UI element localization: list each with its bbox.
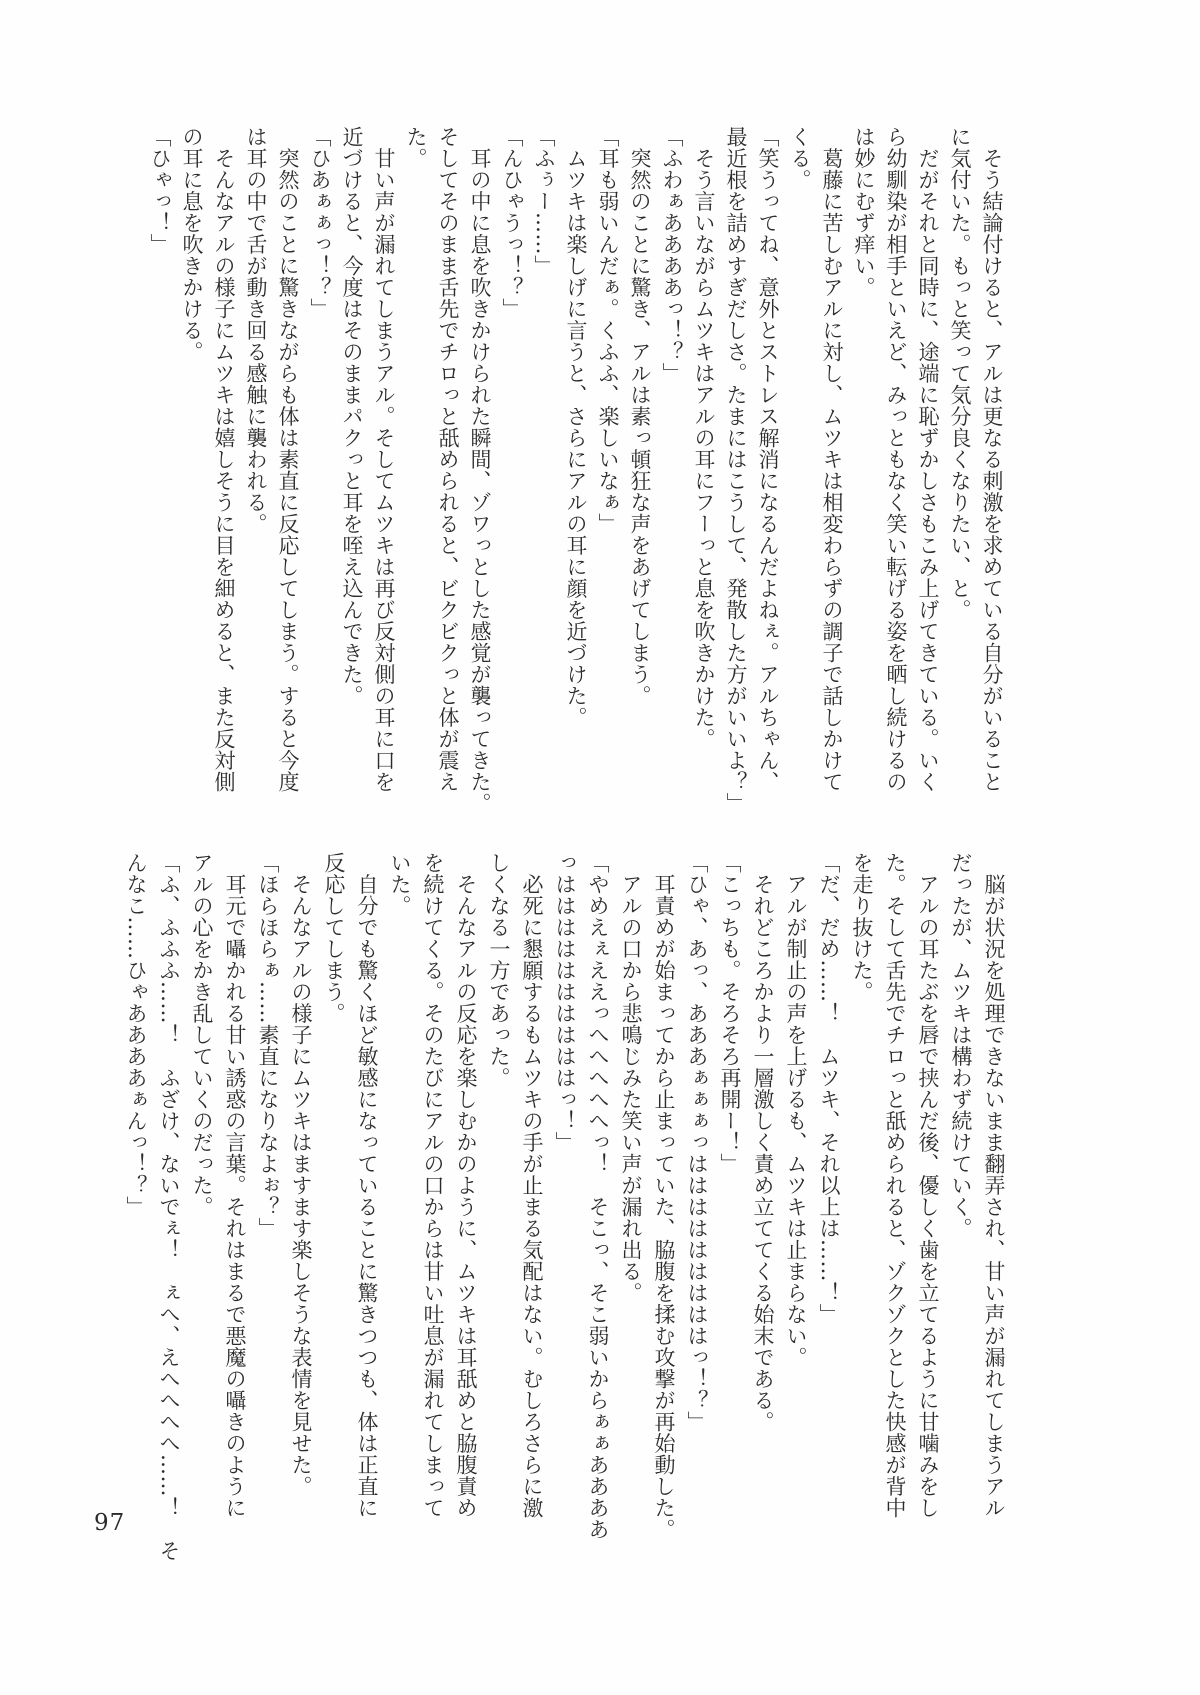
text-line: は耳の中で舌が動き回る感触に襲われる。 xyxy=(240,126,272,832)
text-line: だったが、ムツキは構わず続けていく。 xyxy=(944,852,977,1558)
text-line: の耳に息を吹きかける。 xyxy=(176,126,208,832)
text-line: 甘い声が漏れてしまうアル。そしてムツキは再び反対側の耳に口を xyxy=(368,126,400,832)
text-line: 反応してしまう。 xyxy=(317,852,350,1558)
text-line: 「こっちも。そろそろ再開ー！」 xyxy=(713,852,746,1558)
text-line: くる。 xyxy=(784,126,816,832)
text-line: そう言いながらムツキはアルの耳にフーっと息を吹きかけた。 xyxy=(688,126,720,832)
text-line: 脳が状況を処理できないまま翻弄され、甘い声が漏れてしまうアル xyxy=(977,852,1010,1558)
text-line: アルの心をかき乱していくのだった。 xyxy=(185,852,218,1558)
text-line: に気付いた。もっと笑って気分良くなりたい、と。 xyxy=(944,126,976,832)
text-line: それどころかより一層激しく責め立ててくる始末である。 xyxy=(746,852,779,1558)
text-line: そんなアルの様子にムツキはますます楽しそうな表情を見せた。 xyxy=(284,852,317,1558)
text-line: アルの耳たぶを唇で挟んだ後、優しく歯を立てるように甘噛みをし xyxy=(911,852,944,1558)
text-line: そう結論付けると、アルは更なる刺激を求めている自分がいること xyxy=(976,126,1008,832)
text-line: 自分でも驚くほど敏感になっていることに驚きつつも、体は正直に xyxy=(350,852,383,1558)
text-line: いた。 xyxy=(383,852,416,1558)
text-line: アルの口から悲鳴じみた笑い声が漏れ出る。 xyxy=(614,852,647,1558)
text-line: だがそれと同時に、途端に恥ずかしさもこみ上げてきている。いく xyxy=(912,126,944,832)
text-line: 「やめえぇええっへへへへへっ！ そこっ、そこ弱いからぁぁああああ xyxy=(581,852,614,1558)
text-block-top: そう結論付けると、アルは更なる刺激を求めている自分がいることに気付いた。もっと笑… xyxy=(144,126,1008,832)
text-line: 近づけると、今度はそのままパクっと耳を咥え込んできた。 xyxy=(336,126,368,832)
text-line: 「笑うってね、意外とストレス解消になるんだよねぇ。アルちゃん、 xyxy=(752,126,784,832)
text-line: 「ふぅー……」 xyxy=(528,126,560,832)
text-line: そんなアルの様子にムツキは嬉しそうに目を細めると、また反対側 xyxy=(208,126,240,832)
text-line: 「ふわぁああああっ！？」 xyxy=(656,126,688,832)
text-line: 「ひゃっ！」 xyxy=(144,126,176,832)
text-line: んなこ……ひゃああああぁんっ！？」 xyxy=(119,852,152,1558)
text-line: そんなアルの反応を楽しむかのように、ムツキは耳舐めと脇腹責め xyxy=(449,852,482,1558)
text-line: 「ひゃ、あっ、あああぁぁぁっはははははははははっ！？」 xyxy=(680,852,713,1558)
text-line: 最近根を詰めすぎだしさ。たまにはこうして、発散した方がいいよ？」 xyxy=(720,126,752,832)
text-line: 突然のことに驚き、アルは素っ頓狂な声をあげてしまう。 xyxy=(624,126,656,832)
text-line: アルが制止の声を上げるも、ムツキは止まらない。 xyxy=(779,852,812,1558)
text-block-bottom: 脳が状況を処理できないまま翻弄され、甘い声が漏れてしまうアルだったが、ムツキは構… xyxy=(119,852,1010,1558)
scanned-novel-page: そう結論付けると、アルは更なる刺激を求めている自分がいることに気付いた。もっと笑… xyxy=(0,0,1200,1695)
text-line: 「ふ、ふふふ……！ ふざけ、ないでぇ！ ぇへ、えへへへへ……！ そ xyxy=(152,852,185,1558)
text-line: 「耳も弱いんだぁ。くふふ、楽しいなぁ」 xyxy=(592,126,624,832)
text-line: た。 xyxy=(400,126,432,832)
text-line: 「ひあぁぁっ！？」 xyxy=(304,126,336,832)
text-line: は妙にむず痒い。 xyxy=(848,126,880,832)
page-number: 97 xyxy=(94,1510,125,1536)
text-line: 「ほらほらぁ……素直になりなよぉ？」 xyxy=(251,852,284,1558)
text-line: 突然のことに驚きながらも体は素直に反応してしまう。すると今度 xyxy=(272,126,304,832)
text-line: 「んひゃうっ！？」 xyxy=(496,126,528,832)
text-line: 耳責めが始まってから止まっていた、脇腹を揉む攻撃が再始動した。 xyxy=(647,852,680,1558)
text-line: ムツキは楽しげに言うと、さらにアルの耳に顔を近づけた。 xyxy=(560,126,592,832)
text-line: を続けてくる。そのたびにアルの口からは甘い吐息が漏れてしまって xyxy=(416,852,449,1558)
text-line: ら幼馴染が相手といえど、みっともなく笑い転げる姿を晒し続けるの xyxy=(880,126,912,832)
text-line: 必死に懇願するもムツキの手が止まる気配はない。むしろさらに激 xyxy=(515,852,548,1558)
text-line: しくなる一方であった。 xyxy=(482,852,515,1558)
text-line: 耳元で囁かれる甘い誘惑の言葉。それはまるで悪魔の囁きのように xyxy=(218,852,251,1558)
text-line: 「だ、だめ……！ ムツキ、それ以上は……！」 xyxy=(812,852,845,1558)
text-line: っははははははははははっ！」 xyxy=(548,852,581,1558)
text-line: を走り抜けた。 xyxy=(845,852,878,1558)
text-line: た。そして舌先でチロっと舐められると、ゾクゾクとした快感が背中 xyxy=(878,852,911,1558)
text-line: 葛藤に苦しむアルに対し、ムツキは相変わらずの調子で話しかけて xyxy=(816,126,848,832)
text-line: 耳の中に息を吹きかけられた瞬間、ゾワっとした感覚が襲ってきた。 xyxy=(464,126,496,832)
text-line: そしてそのまま舌先でチロっと舐められると、ビクビクっと体が震え xyxy=(432,126,464,832)
